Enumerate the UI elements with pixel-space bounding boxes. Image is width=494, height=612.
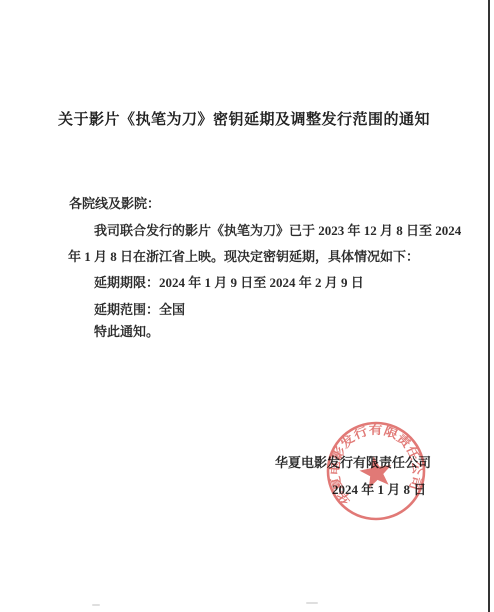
notice-document: 关于影片《执笔为刀》密钥延期及调整发行范围的通知 各院线及影院： 我司联合发行的…: [0, 0, 494, 612]
closing-line: 特此通知。: [94, 321, 159, 340]
company-seal: 华夏电影发行有限责任公司: [313, 408, 438, 533]
seal-star-icon: [357, 453, 394, 489]
body-line-1: 我司联合发行的影片《执笔为刀》已于 2023 年 12 月 8 日至 2024: [94, 220, 461, 239]
delay-scope-line: 延期范围：全国: [94, 299, 185, 318]
salutation: 各院线及影院：: [69, 193, 160, 212]
body-line-2: 年 1 月 8 日在浙江省上映。现决定密钥延期，具体情况如下：: [68, 246, 419, 265]
delay-period-line: 延期期限：2024 年 1 月 9 日至 2024 年 2 月 9 日: [94, 272, 364, 291]
scan-edge-line: [488, 0, 490, 612]
page-title: 关于影片《执笔为刀》密钥延期及调整发行范围的通知: [0, 108, 488, 129]
scan-smudge: [306, 602, 318, 604]
scan-smudge: [92, 604, 100, 606]
